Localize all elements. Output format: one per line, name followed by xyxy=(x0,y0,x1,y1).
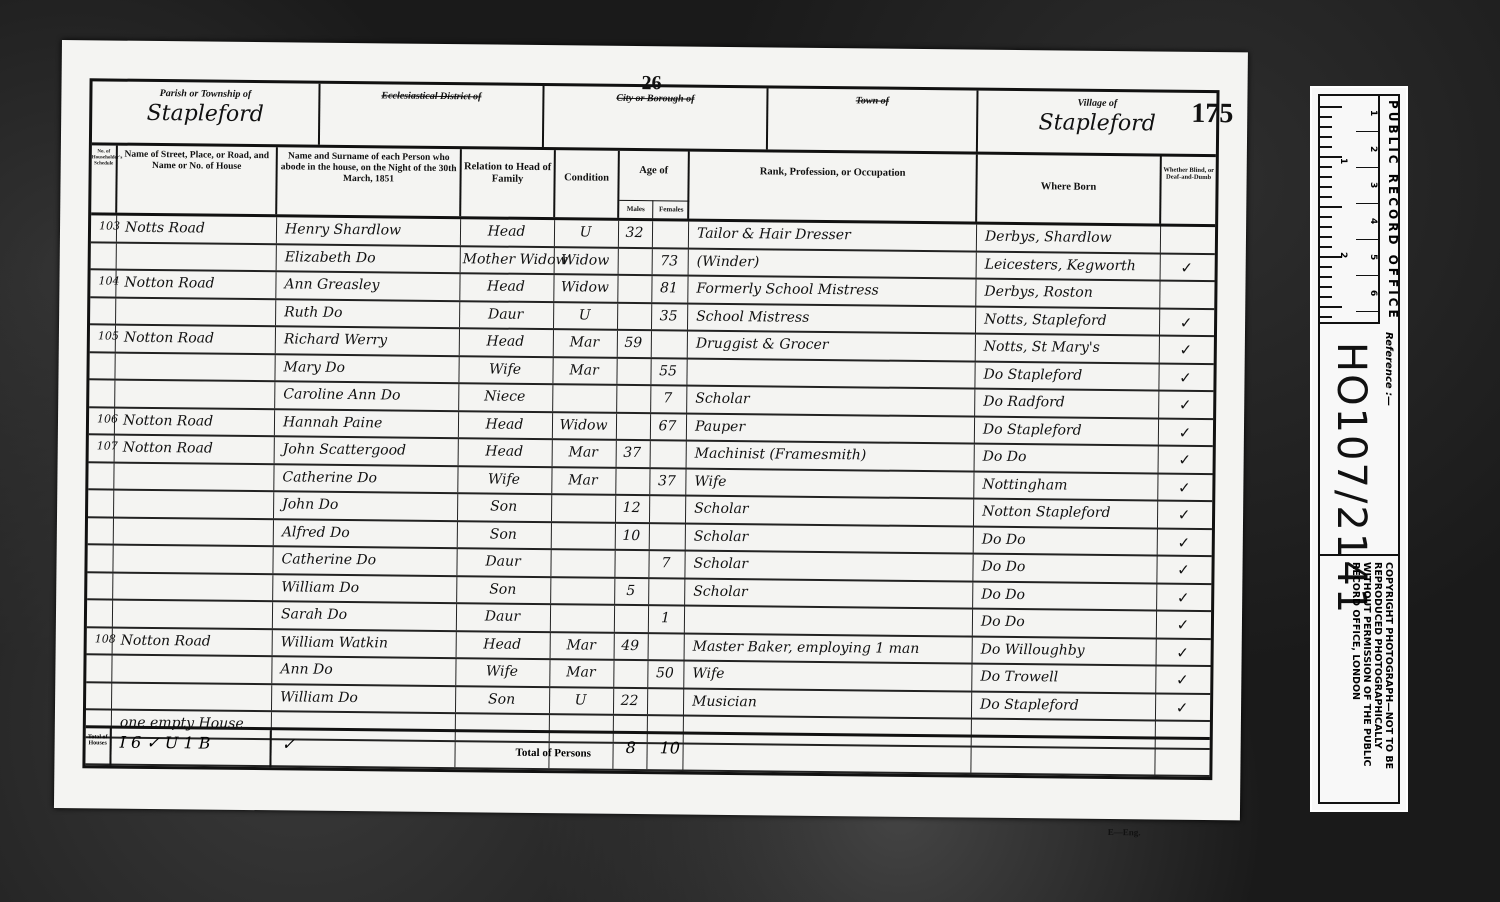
ruler-inch-mark: 2 xyxy=(1338,252,1348,258)
cell-occupation: Machinist (Framesmith) xyxy=(687,442,975,471)
cell-birthplace: Do Trowell xyxy=(972,665,1156,692)
district-borough: City or Borough of xyxy=(544,86,769,149)
cell-birthplace: Do Do xyxy=(974,527,1158,554)
cell-address xyxy=(112,656,272,683)
cell-birthplace: Notts, St Mary's xyxy=(976,335,1160,362)
cell-condition: U xyxy=(554,303,618,329)
cell-age-f xyxy=(649,634,685,660)
col-address: Name of Street, Place, or Road, and Name… xyxy=(117,146,278,215)
cell-relation: Son xyxy=(457,577,551,603)
cell-relation: Son xyxy=(458,522,552,548)
cell-age-f: 7 xyxy=(651,386,687,412)
cell-name: Caroline Ann Do xyxy=(275,382,459,409)
cell-relation: Head xyxy=(460,274,554,300)
cell-address: Notton Road xyxy=(116,326,276,353)
cell-address xyxy=(114,518,274,545)
cell-address xyxy=(113,546,273,573)
cell-address xyxy=(116,298,276,325)
cell-name: Ann Greasley xyxy=(276,272,460,299)
cell-relation: Head xyxy=(457,632,551,658)
cell-age-m xyxy=(617,413,651,439)
cell-occupation: Scholar xyxy=(686,524,974,553)
ruler-cm-mark: 5 xyxy=(1356,240,1378,276)
cell-occupation xyxy=(685,607,973,636)
cell-age-f xyxy=(648,689,684,715)
footer-mark: E—Eng. xyxy=(1108,827,1141,837)
ruler-cm-mark: 3 xyxy=(1356,168,1378,204)
reference-strip: 12345612 PUBLIC RECORD OFFICE Reference … xyxy=(1310,86,1408,812)
cell-condition xyxy=(552,523,616,549)
cell-schedule xyxy=(90,298,116,324)
cell-name: William Do xyxy=(273,575,457,602)
cell-name: John Scattergood xyxy=(275,437,459,464)
cell-condition xyxy=(552,495,616,521)
cell-name: Elizabeth Do xyxy=(277,245,461,272)
cell-age-m xyxy=(617,358,651,384)
cell-schedule xyxy=(91,243,117,269)
total-persons-label: Total of Persons xyxy=(515,747,590,760)
cell-name: Alfred Do xyxy=(274,520,458,547)
census-form: Parish or Township of Stapleford Ecclesi… xyxy=(82,78,1219,780)
cell-occupation: Scholar xyxy=(686,497,974,526)
public-record-office-label: PUBLIC RECORD OFFICE xyxy=(1378,96,1400,324)
cell-relation: Niece xyxy=(459,384,553,410)
cell-condition: U xyxy=(555,220,619,246)
cell-age-m xyxy=(618,276,652,302)
cell-relation: Head xyxy=(460,329,554,355)
cell-mark: ✓ xyxy=(1159,447,1213,473)
cell-schedule: 104 xyxy=(90,270,116,296)
cell-birthplace: Do Do xyxy=(973,582,1157,609)
cell-schedule: 107 xyxy=(89,435,115,461)
measurement-ruler: 12345612 xyxy=(1320,96,1378,324)
cell-schedule xyxy=(86,655,112,681)
district-parish: Parish or Township of Stapleford xyxy=(92,81,321,144)
census-sheet: 26 175 Parish or Township of Stapleford … xyxy=(54,40,1248,820)
column-headers: No. of Householder's Schedule Name of St… xyxy=(91,145,1216,227)
ruler-cm-mark: 2 xyxy=(1356,132,1378,168)
cell-age-m: 32 xyxy=(619,221,653,247)
total-males: 8 xyxy=(626,738,636,757)
cell-age-m xyxy=(615,551,649,577)
cell-age-m: 37 xyxy=(617,441,651,467)
cell-mark: ✓ xyxy=(1157,639,1211,665)
cell-occupation: Wife xyxy=(686,469,974,498)
cell-mark: ✓ xyxy=(1159,392,1213,418)
cell-age-m xyxy=(617,386,651,412)
cell-schedule xyxy=(88,463,114,489)
cell-condition: Mar xyxy=(550,660,614,686)
copyright-notice: COPYRIGHT PHOTOGRAPH—NOT TO BE REPRODUCE… xyxy=(1320,556,1398,802)
cell-occupation: Tailor & Hair Dresser xyxy=(689,222,977,251)
cell-address: Notton Road xyxy=(115,408,275,435)
cell-condition xyxy=(551,605,615,631)
cell-address: Notton Road xyxy=(113,628,273,655)
cell-age-f: 73 xyxy=(653,249,689,275)
cell-relation: Son xyxy=(456,687,550,713)
col-age-males: Males xyxy=(619,200,653,218)
cell-occupation: School Mistress xyxy=(688,304,976,333)
cell-age-f xyxy=(650,496,686,522)
cell-name: Mary Do xyxy=(275,355,459,382)
total-houses-label: Total of Houses xyxy=(85,728,111,765)
cell-birthplace: Do Do xyxy=(973,610,1157,637)
cell-birthplace: Notts, Stapleford xyxy=(976,307,1160,334)
cell-mark: ✓ xyxy=(1157,584,1211,610)
cell-schedule xyxy=(89,380,115,406)
cell-condition: Mar xyxy=(551,633,615,659)
cell-mark: ✓ xyxy=(1159,419,1213,445)
cell-age-m xyxy=(618,303,652,329)
cell-schedule: 105 xyxy=(90,325,116,351)
cell-age-m: 10 xyxy=(616,523,650,549)
cell-address xyxy=(114,491,274,518)
cell-mark: ✓ xyxy=(1158,502,1212,528)
cell-age-f: 7 xyxy=(649,551,685,577)
cell-name: Catherine Do xyxy=(274,465,458,492)
cell-address xyxy=(114,463,274,490)
cell-relation: Daur xyxy=(457,604,551,630)
cell-relation: Wife xyxy=(458,467,552,493)
cell-age-f: 37 xyxy=(650,469,686,495)
cell-address xyxy=(115,353,275,380)
ruler-inch-mark: 1 xyxy=(1338,158,1348,164)
cell-relation: Head xyxy=(459,412,553,438)
cell-relation: Mother Widow xyxy=(461,247,555,273)
cell-birthplace: Do Willoughby xyxy=(973,637,1157,664)
cell-age-f: 35 xyxy=(652,304,688,330)
cell-mark: ✓ xyxy=(1157,611,1211,637)
cell-address xyxy=(115,381,275,408)
cell-mark: ✓ xyxy=(1160,309,1214,335)
cell-address: Notton Road xyxy=(116,271,276,298)
cell-relation: Wife xyxy=(456,659,550,685)
cell-schedule xyxy=(89,353,115,379)
cell-condition: Mar xyxy=(553,358,617,384)
cell-name: William Watkin xyxy=(273,630,457,657)
cell-mark: ✓ xyxy=(1156,666,1210,692)
cell-birthplace: Do Stapleford xyxy=(972,692,1156,719)
cell-birthplace: Do Radford xyxy=(975,390,1159,417)
cell-address xyxy=(112,683,272,710)
cell-birthplace: Do Stapleford xyxy=(975,417,1159,444)
col-name: Name and Surname of each Person who abod… xyxy=(277,147,462,216)
cell-birthplace: Do Do xyxy=(973,555,1157,582)
cell-age-m: 12 xyxy=(616,496,650,522)
cell-schedule xyxy=(87,600,113,626)
cell-schedule xyxy=(87,573,113,599)
district-town: Town of xyxy=(768,88,979,151)
col-condition: Condition xyxy=(555,150,620,218)
cell-birthplace: Derbys, Shardlow xyxy=(977,225,1161,252)
cell-condition xyxy=(553,385,617,411)
cell-occupation: Master Baker, employing 1 man xyxy=(685,634,973,663)
cell-condition xyxy=(551,578,615,604)
col-age: Age of Males Females xyxy=(619,151,690,219)
cell-condition xyxy=(551,550,615,576)
cell-age-f xyxy=(649,579,685,605)
cell-age-f: 67 xyxy=(651,414,687,440)
cell-name: William Do xyxy=(272,685,456,712)
cell-schedule xyxy=(88,490,114,516)
cell-occupation: Pauper xyxy=(687,414,975,443)
cell-age-f: 81 xyxy=(652,276,688,302)
district-village: Village of Stapleford xyxy=(978,91,1217,154)
cell-mark: ✓ xyxy=(1158,529,1212,555)
cell-age-f xyxy=(653,221,689,247)
ruler-cm-mark: 1 xyxy=(1356,96,1378,132)
cell-birthplace: Derbys, Roston xyxy=(976,280,1160,307)
cell-relation: Wife xyxy=(459,357,553,383)
cell-condition: Mar xyxy=(552,468,616,494)
cell-birthplace: Do Stapleford xyxy=(975,362,1159,389)
cell-name: Ann Do xyxy=(272,657,456,684)
cell-name: Henry Shardlow xyxy=(277,217,461,244)
cell-name: Catherine Do xyxy=(273,547,457,574)
cell-condition: Mar xyxy=(554,330,618,356)
cell-relation: Head xyxy=(461,219,555,245)
cell-schedule: 103 xyxy=(91,215,117,241)
col-blind: Whether Blind, or Deaf-and-Dumb xyxy=(1161,157,1216,225)
cell-name: John Do xyxy=(274,492,458,519)
cell-mark: ✓ xyxy=(1161,254,1215,280)
cell-age-f xyxy=(651,441,687,467)
cell-mark xyxy=(1161,227,1215,253)
cell-name: Hannah Paine xyxy=(275,410,459,437)
ruler-cm-mark: 4 xyxy=(1356,204,1378,240)
cell-age-f: 1 xyxy=(649,606,685,632)
cell-age-m: 59 xyxy=(618,331,652,357)
cell-occupation: Scholar xyxy=(685,579,973,608)
cell-occupation: Scholar xyxy=(687,387,975,416)
cell-schedule xyxy=(87,545,113,571)
cell-occupation: Scholar xyxy=(685,552,973,581)
cell-schedule xyxy=(86,683,112,709)
cell-age-m: 5 xyxy=(615,578,649,604)
cell-occupation: Formerly School Mistress xyxy=(688,277,976,306)
cell-address xyxy=(113,601,273,628)
cell-occupation xyxy=(687,359,975,388)
cell-name: Sarah Do xyxy=(273,602,457,629)
cell-mark: ✓ xyxy=(1158,474,1212,500)
cell-birthplace: Nottingham xyxy=(974,472,1158,499)
cell-birthplace: Notton Stapleford xyxy=(974,500,1158,527)
cell-mark: ✓ xyxy=(1157,557,1211,583)
reference-box: Reference :— HO107/2141 xyxy=(1320,324,1398,556)
cell-schedule xyxy=(88,518,114,544)
col-age-females: Females xyxy=(653,200,689,218)
cell-schedule: 106 xyxy=(89,408,115,434)
col-schedule: No. of Householder's Schedule xyxy=(91,145,118,212)
cell-age-m xyxy=(616,468,650,494)
cell-address: Notts Road xyxy=(117,216,277,243)
cell-condition: Widow xyxy=(553,413,617,439)
ruler-cm-mark: 6 xyxy=(1356,276,1378,312)
cell-name: Richard Werry xyxy=(276,327,460,354)
cell-condition: Mar xyxy=(553,440,617,466)
cell-relation: Daur xyxy=(460,302,554,328)
cell-mark: ✓ xyxy=(1156,694,1210,720)
cell-age-m xyxy=(614,661,648,687)
col-birthplace: Where Born xyxy=(977,155,1162,224)
cell-name: Ruth Do xyxy=(276,300,460,327)
cell-age-f xyxy=(650,524,686,550)
cell-age-m: 22 xyxy=(614,688,648,714)
col-occupation: Rank, Profession, or Occupation xyxy=(689,152,978,222)
cell-occupation: Druggist & Grocer xyxy=(688,332,976,361)
cell-mark: ✓ xyxy=(1160,337,1214,363)
cell-condition: U xyxy=(550,688,614,714)
total-females: 10 xyxy=(660,738,681,757)
names-check-mark: ✓ xyxy=(282,734,296,753)
cell-birthplace: Do Do xyxy=(975,445,1159,472)
cell-mark xyxy=(1160,282,1214,308)
cell-relation: Head xyxy=(459,439,553,465)
cell-age-f xyxy=(652,331,688,357)
cell-occupation: (Winder) xyxy=(689,249,977,278)
cell-age-m xyxy=(619,248,653,274)
district-header: Parish or Township of Stapleford Ecclesi… xyxy=(92,81,1217,157)
cell-schedule: 108 xyxy=(87,628,113,654)
col-relation: Relation to Head of Family xyxy=(461,149,556,217)
cell-address xyxy=(113,573,273,600)
cell-address xyxy=(117,243,277,270)
cell-mark: ✓ xyxy=(1159,364,1213,390)
cell-occupation: Musician xyxy=(684,689,972,718)
cell-age-m: 49 xyxy=(615,633,649,659)
cell-age-f: 50 xyxy=(648,661,684,687)
cell-birthplace: Leicesters, Kegworth xyxy=(977,252,1161,279)
cell-relation: Daur xyxy=(457,549,551,575)
cell-address: Notton Road xyxy=(115,436,275,463)
cell-age-m xyxy=(615,606,649,632)
cell-occupation: Wife xyxy=(684,662,972,691)
cell-condition: Widow xyxy=(555,248,619,274)
cell-age-f: 55 xyxy=(651,359,687,385)
cell-condition: Widow xyxy=(554,275,618,301)
cell-relation: Son xyxy=(458,494,552,520)
district-ecclesiastical: Ecclesiastical District of xyxy=(320,84,545,147)
